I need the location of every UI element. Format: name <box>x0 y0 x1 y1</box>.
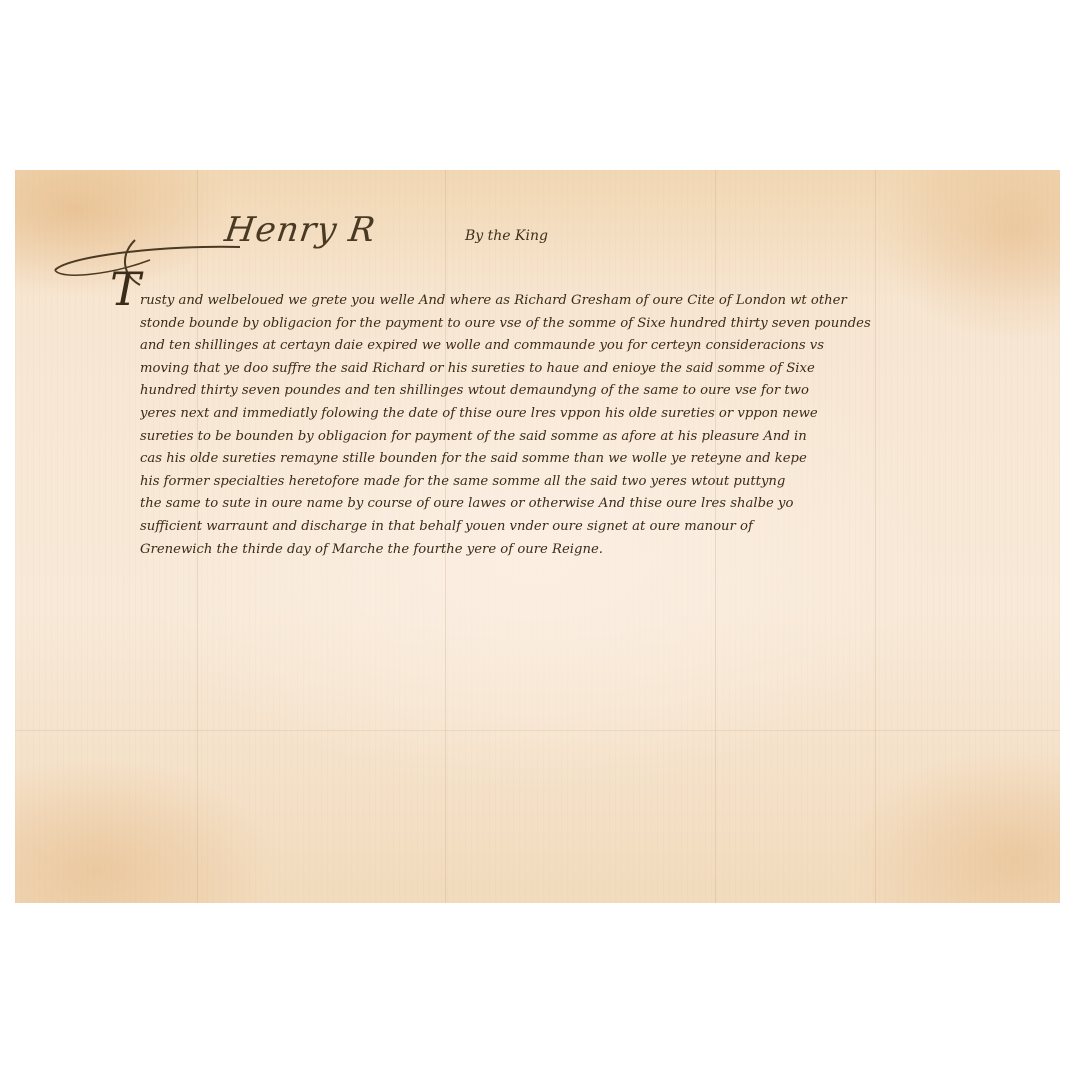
text-line: stonde bounde by obligacion for the paym… <box>140 313 1045 336</box>
text-line: sufficient warraunt and discharge in tha… <box>140 516 1045 539</box>
text-line: cas his olde sureties remayne stille bou… <box>140 448 1045 471</box>
initial-letter: T <box>110 262 141 316</box>
letter-body: rusty and welbeloued we grete you welle … <box>140 290 1045 561</box>
fold-line <box>15 730 1060 731</box>
heading-by-the-king: By the King <box>465 228 548 244</box>
text-line: the same to sute in oure name by course … <box>140 493 1045 516</box>
text-line: hundred thirty seven poundes and ten shi… <box>140 380 1045 403</box>
text-line: and ten shillinges at certayn daie expir… <box>140 335 1045 358</box>
sign-manual: Henry R <box>222 210 378 250</box>
text-line: sureties to be bounden by obligacion for… <box>140 426 1045 449</box>
text-line: Grenewich the thirde day of Marche the f… <box>140 539 1045 562</box>
text-line: his former specialties heretofore made f… <box>140 471 1045 494</box>
initial-flourish-icon <box>50 235 250 295</box>
text-line: yeres next and immediatly folowing the d… <box>140 403 1045 426</box>
text-line: moving that ye doo suffre the said Richa… <box>140 358 1045 381</box>
text-line: rusty and welbeloued we grete you welle … <box>140 290 1045 313</box>
